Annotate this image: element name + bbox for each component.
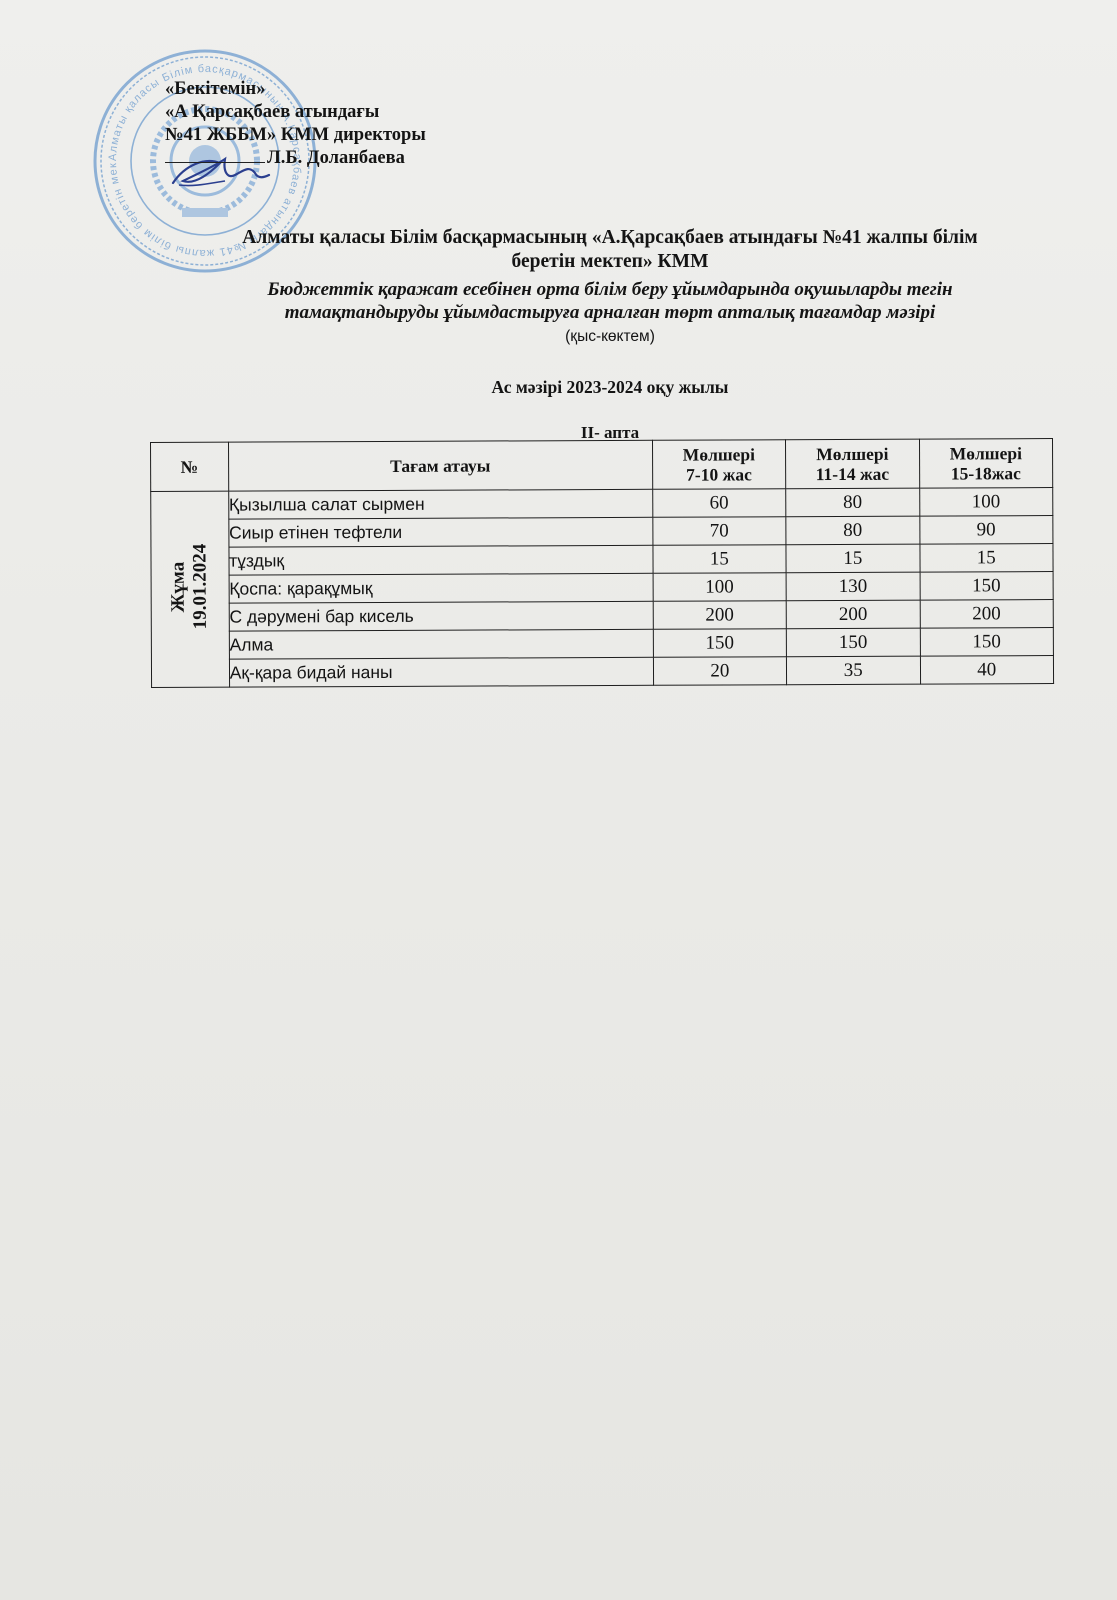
qty-15-18: 150 [920, 628, 1054, 657]
director-name: Л.Б. Доланбаева [267, 148, 405, 168]
approval-org-line2: №41 ЖББМ» КММ директоры [165, 124, 426, 147]
qty-7-10: 200 [653, 601, 787, 630]
menu-table: № Тағам атауы Мөлшері7-10 жас Мөлшері11-… [150, 438, 1054, 688]
col-qty-15-18-header: Мөлшері15-18жас [919, 439, 1053, 489]
qty-7-10: 150 [653, 629, 787, 658]
qty-11-14: 150 [786, 628, 920, 657]
dish-name: тұздық [229, 545, 653, 575]
signature-underline [165, 148, 265, 163]
dish-name: Қызылша салат сырмен [228, 489, 652, 519]
day-name: Жұма [168, 544, 190, 630]
qty-7-10: 100 [653, 573, 787, 602]
season-label: (қыс-көктем) [160, 328, 1060, 346]
table-row: Ақ-қара бидай наны203540 [151, 656, 1053, 688]
col-qty-11-14-header: Мөлшері11-14 жас [786, 439, 920, 489]
qty-15-18: 150 [920, 572, 1054, 601]
org-title-line1: Алматы қаласы Білім басқармасының «А.Қар… [160, 226, 1060, 250]
qty-7-10: 20 [653, 657, 787, 686]
day-date: 19.01.2024 [190, 544, 212, 630]
qty-7-10: 70 [652, 517, 786, 546]
qty-15-18: 90 [919, 516, 1053, 545]
approval-block: «Бекітемін» «А Қарсақбаев атындағы №41 Ж… [165, 78, 426, 170]
qty-11-14: 35 [787, 656, 921, 685]
col-number-header: № [151, 442, 229, 491]
qty-15-18: 40 [920, 656, 1054, 685]
col-dish-header: Тағам атауы [228, 440, 652, 491]
table-row: Сиыр етінен тефтели708090 [151, 516, 1053, 548]
dish-name: Ақ-қара бидай наны [229, 657, 653, 687]
qty-15-18: 200 [920, 600, 1054, 629]
table-row: С дәрумені бар кисель200200200 [151, 600, 1053, 632]
organization-title: Алматы қаласы Білім басқармасының «А.Қар… [160, 226, 1060, 274]
document-page: Алматы қаласы Білім басқармасының А.Қарс… [0, 0, 1117, 1600]
qty-11-14: 200 [786, 600, 920, 629]
day-label: Жұма19.01.2024 [168, 544, 212, 630]
qty-11-14: 80 [786, 516, 920, 545]
qty-7-10: 60 [652, 489, 786, 518]
col-qty-7-10-header: Мөлшері7-10 жас [652, 440, 786, 490]
qty-11-14: 80 [786, 488, 920, 517]
qty-15-18: 15 [919, 544, 1053, 573]
dish-name: С дәрумені бар кисель [229, 601, 653, 631]
dish-name: Алма [229, 629, 653, 659]
table-row: тұздық151515 [151, 544, 1053, 576]
menu-subtitle: Бюджеттік қаражат есебінен орта білім бе… [160, 278, 1060, 324]
dish-name: Сиыр етінен тефтели [229, 517, 653, 547]
qty-11-14: 15 [786, 544, 920, 573]
table-row: Жұма19.01.2024Қызылша салат сырмен608010… [151, 488, 1053, 520]
qty-15-18: 100 [919, 488, 1053, 517]
approved-label: «Бекітемін» [165, 78, 426, 101]
qty-11-14: 130 [786, 572, 920, 601]
table-row: Қоспа: қарақұмық100130150 [151, 572, 1053, 604]
table-row: Алма150150150 [151, 628, 1053, 660]
approval-org-line1: «А Қарсақбаев атындағы [165, 101, 426, 124]
org-title-line2: беретін мектеп» КММ [160, 250, 1060, 274]
director-signature-line: Л.Б. Доланбаева [165, 147, 426, 170]
subtitle-line1: Бюджеттік қаражат есебінен орта білім бе… [160, 278, 1060, 301]
table-header-row: № Тағам атауы Мөлшері7-10 жас Мөлшері11-… [151, 439, 1053, 492]
qty-7-10: 15 [653, 545, 787, 574]
day-cell: Жұма19.01.2024 [151, 491, 230, 687]
menu-year-heading: Ас мәзірі 2023-2024 оқу жылы [160, 377, 1060, 398]
dish-name: Қоспа: қарақұмық [229, 573, 653, 603]
subtitle-line2: тамақтандыруды ұйымдастыруға арналған тө… [160, 301, 1060, 324]
